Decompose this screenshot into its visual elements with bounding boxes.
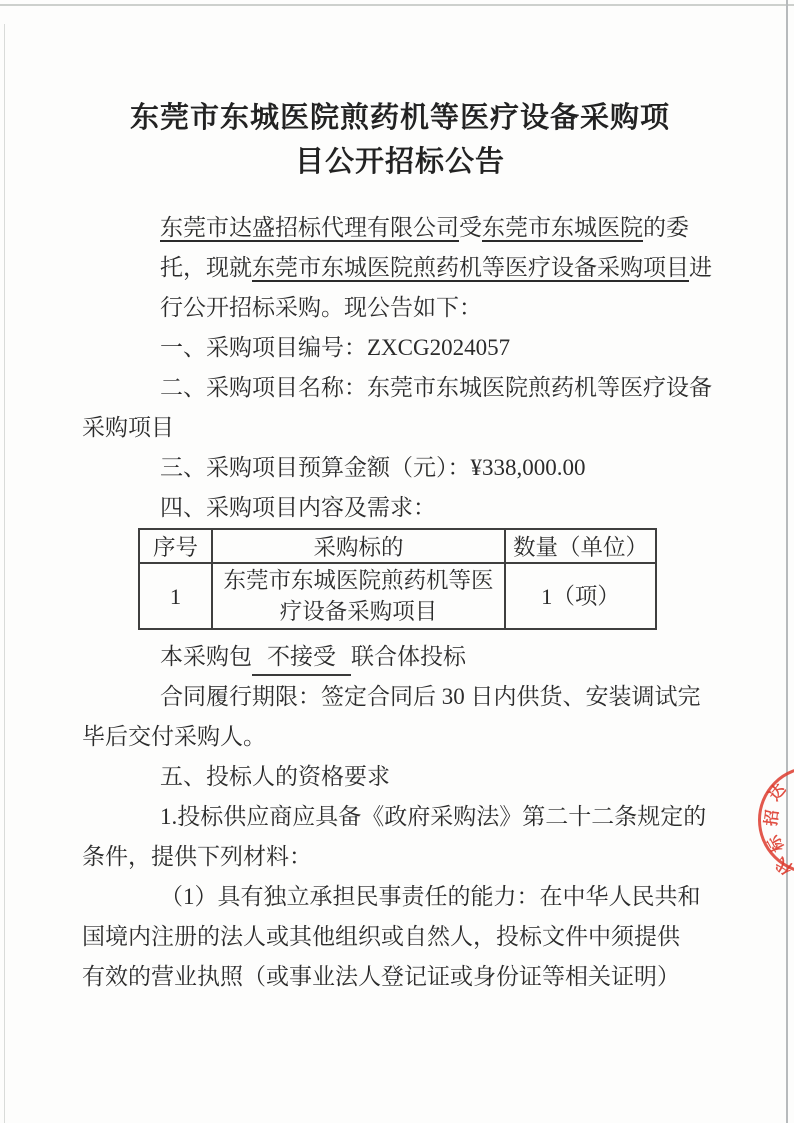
scanned-document-page: 东莞市东城医院煎药机等医疗设备采购项 目公开招标公告 东莞市达盛招标代理有限公司… <box>0 0 794 1123</box>
cell-quantity: 1（项） <box>505 563 656 629</box>
item-budget: 三、采购项目预算金额（元）：¥338,000.00 <box>82 448 718 488</box>
clause-1-1-line-2: 国境内注册的法人或其他组织或自然人，投标文件中须提供 <box>82 917 718 957</box>
consortium-accept-blank: 不接受 <box>252 640 351 676</box>
item-project-name: 二、采购项目名称：东莞市东城医院煎药机等医疗设备 采购项目 <box>82 368 718 448</box>
bidder-qualification-heading: 五、投标人的资格要求 <box>82 757 718 797</box>
title-line-2: 目公开招标公告 <box>82 140 718 184</box>
item-project-number: 一、采购项目编号：ZXCG2024057 <box>82 328 718 368</box>
contract-period-paragraph: 合同履行期限：签定合同后 30 日内供货、安装调试完 毕后交付采购人。 <box>82 677 718 757</box>
item-project-name-line-1: 二、采购项目名称：东莞市东城医院煎药机等医疗设备 <box>82 368 718 408</box>
agency-name-underlined: 东莞市达盛招标代理有限公司 <box>160 215 459 240</box>
header-quantity: 数量（单位） <box>505 529 656 563</box>
clause-1-line-1: 1.投标供应商应具备《政府采购法》第二十二条规定的 <box>82 797 718 837</box>
consortium-suffix: 联合体投标 <box>351 644 466 669</box>
title-line-1: 东莞市东城医院煎药机等医疗设备采购项 <box>82 96 718 140</box>
document-body: 东莞市东城医院煎药机等医疗设备采购项 目公开招标公告 东莞市达盛招标代理有限公司… <box>0 96 794 997</box>
item-project-name-line-2: 采购项目 <box>82 408 718 448</box>
item-content-heading: 四、采购项目内容及需求： <box>82 488 718 528</box>
cell-serial: 1 <box>139 563 212 629</box>
intro-paragraph: 东莞市达盛招标代理有限公司受东莞市东城医院的委托，现就东莞市东城医院煎药机等医疗… <box>82 208 718 328</box>
intro-text-1: 受 <box>459 215 482 240</box>
clause-1-line-2: 条件，提供下列材料： <box>82 837 718 877</box>
clause-1-1: （1）具有独立承担民事责任的能力：在中华人民共和 国境内注册的法人或其他组织或自… <box>82 877 718 997</box>
seal-char: 招 <box>762 807 784 829</box>
clause-1-1-line-1: （1）具有独立承担民事责任的能力：在中华人民共和 <box>82 877 718 917</box>
table-row: 1 东莞市东城医院煎药机等医疗设备采购项目 1（项） <box>139 563 656 629</box>
scan-edge-top <box>0 4 794 6</box>
header-subject: 采购标的 <box>212 529 505 563</box>
clause-1: 1.投标供应商应具备《政府采购法》第二十二条规定的 条件，提供下列材料： <box>82 797 718 877</box>
contract-line-2: 毕后交付采购人。 <box>82 717 718 757</box>
consortium-prefix: 本采购包 <box>160 644 252 669</box>
consortium-line: 本采购包不接受联合体投标 <box>82 637 718 677</box>
project-name-underlined: 东莞市东城医院煎药机等医疗设备采购项目 <box>252 255 689 280</box>
requirements-table: 序号 采购标的 数量（单位） 1 东莞市东城医院煎药机等医疗设备采购项目 1（项… <box>138 528 657 630</box>
hospital-name-underlined: 东莞市东城医院 <box>482 215 643 240</box>
table-header-row: 序号 采购标的 数量（单位） <box>139 529 656 563</box>
clause-1-1-line-3: 有效的营业执照（或事业法人登记证或身份证等相关证明） <box>82 957 718 997</box>
cell-subject: 东莞市东城医院煎药机等医疗设备采购项目 <box>212 563 505 629</box>
header-serial: 序号 <box>139 529 212 563</box>
contract-line-1: 合同履行期限：签定合同后 30 日内供货、安装调试完 <box>82 677 718 717</box>
document-title: 东莞市东城医院煎药机等医疗设备采购项 目公开招标公告 <box>82 96 718 184</box>
